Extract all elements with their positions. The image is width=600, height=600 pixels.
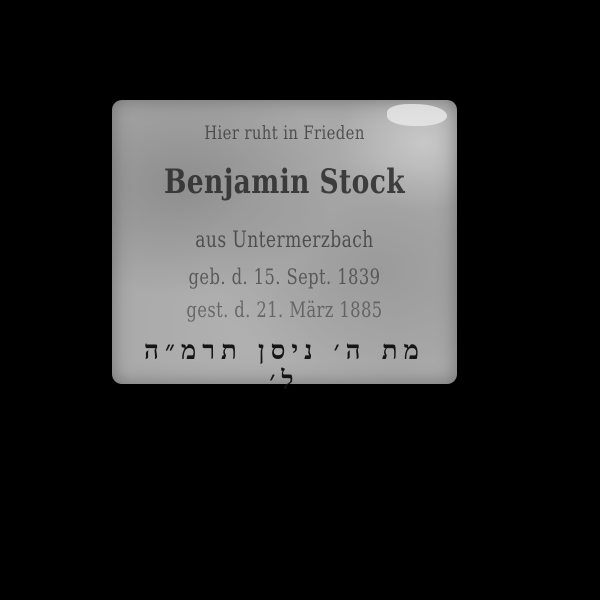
gravestone-plaque: Hier ruht in Frieden Benjamin Stock aus …	[112, 100, 457, 384]
inscription-hebrew: מת ה׳ ניסן תרמ״ה ל׳	[124, 336, 445, 396]
inscription-intro: Hier ruht in Frieden	[150, 122, 419, 144]
inscription-death-date: gest. d. 21. März 1885	[150, 298, 419, 322]
inscription-name: Benjamin Stock	[150, 162, 419, 202]
inscription-origin: aus Untermerzbach	[150, 228, 419, 253]
inscription-birth-date: geb. d. 15. Sept. 1839	[150, 265, 419, 289]
